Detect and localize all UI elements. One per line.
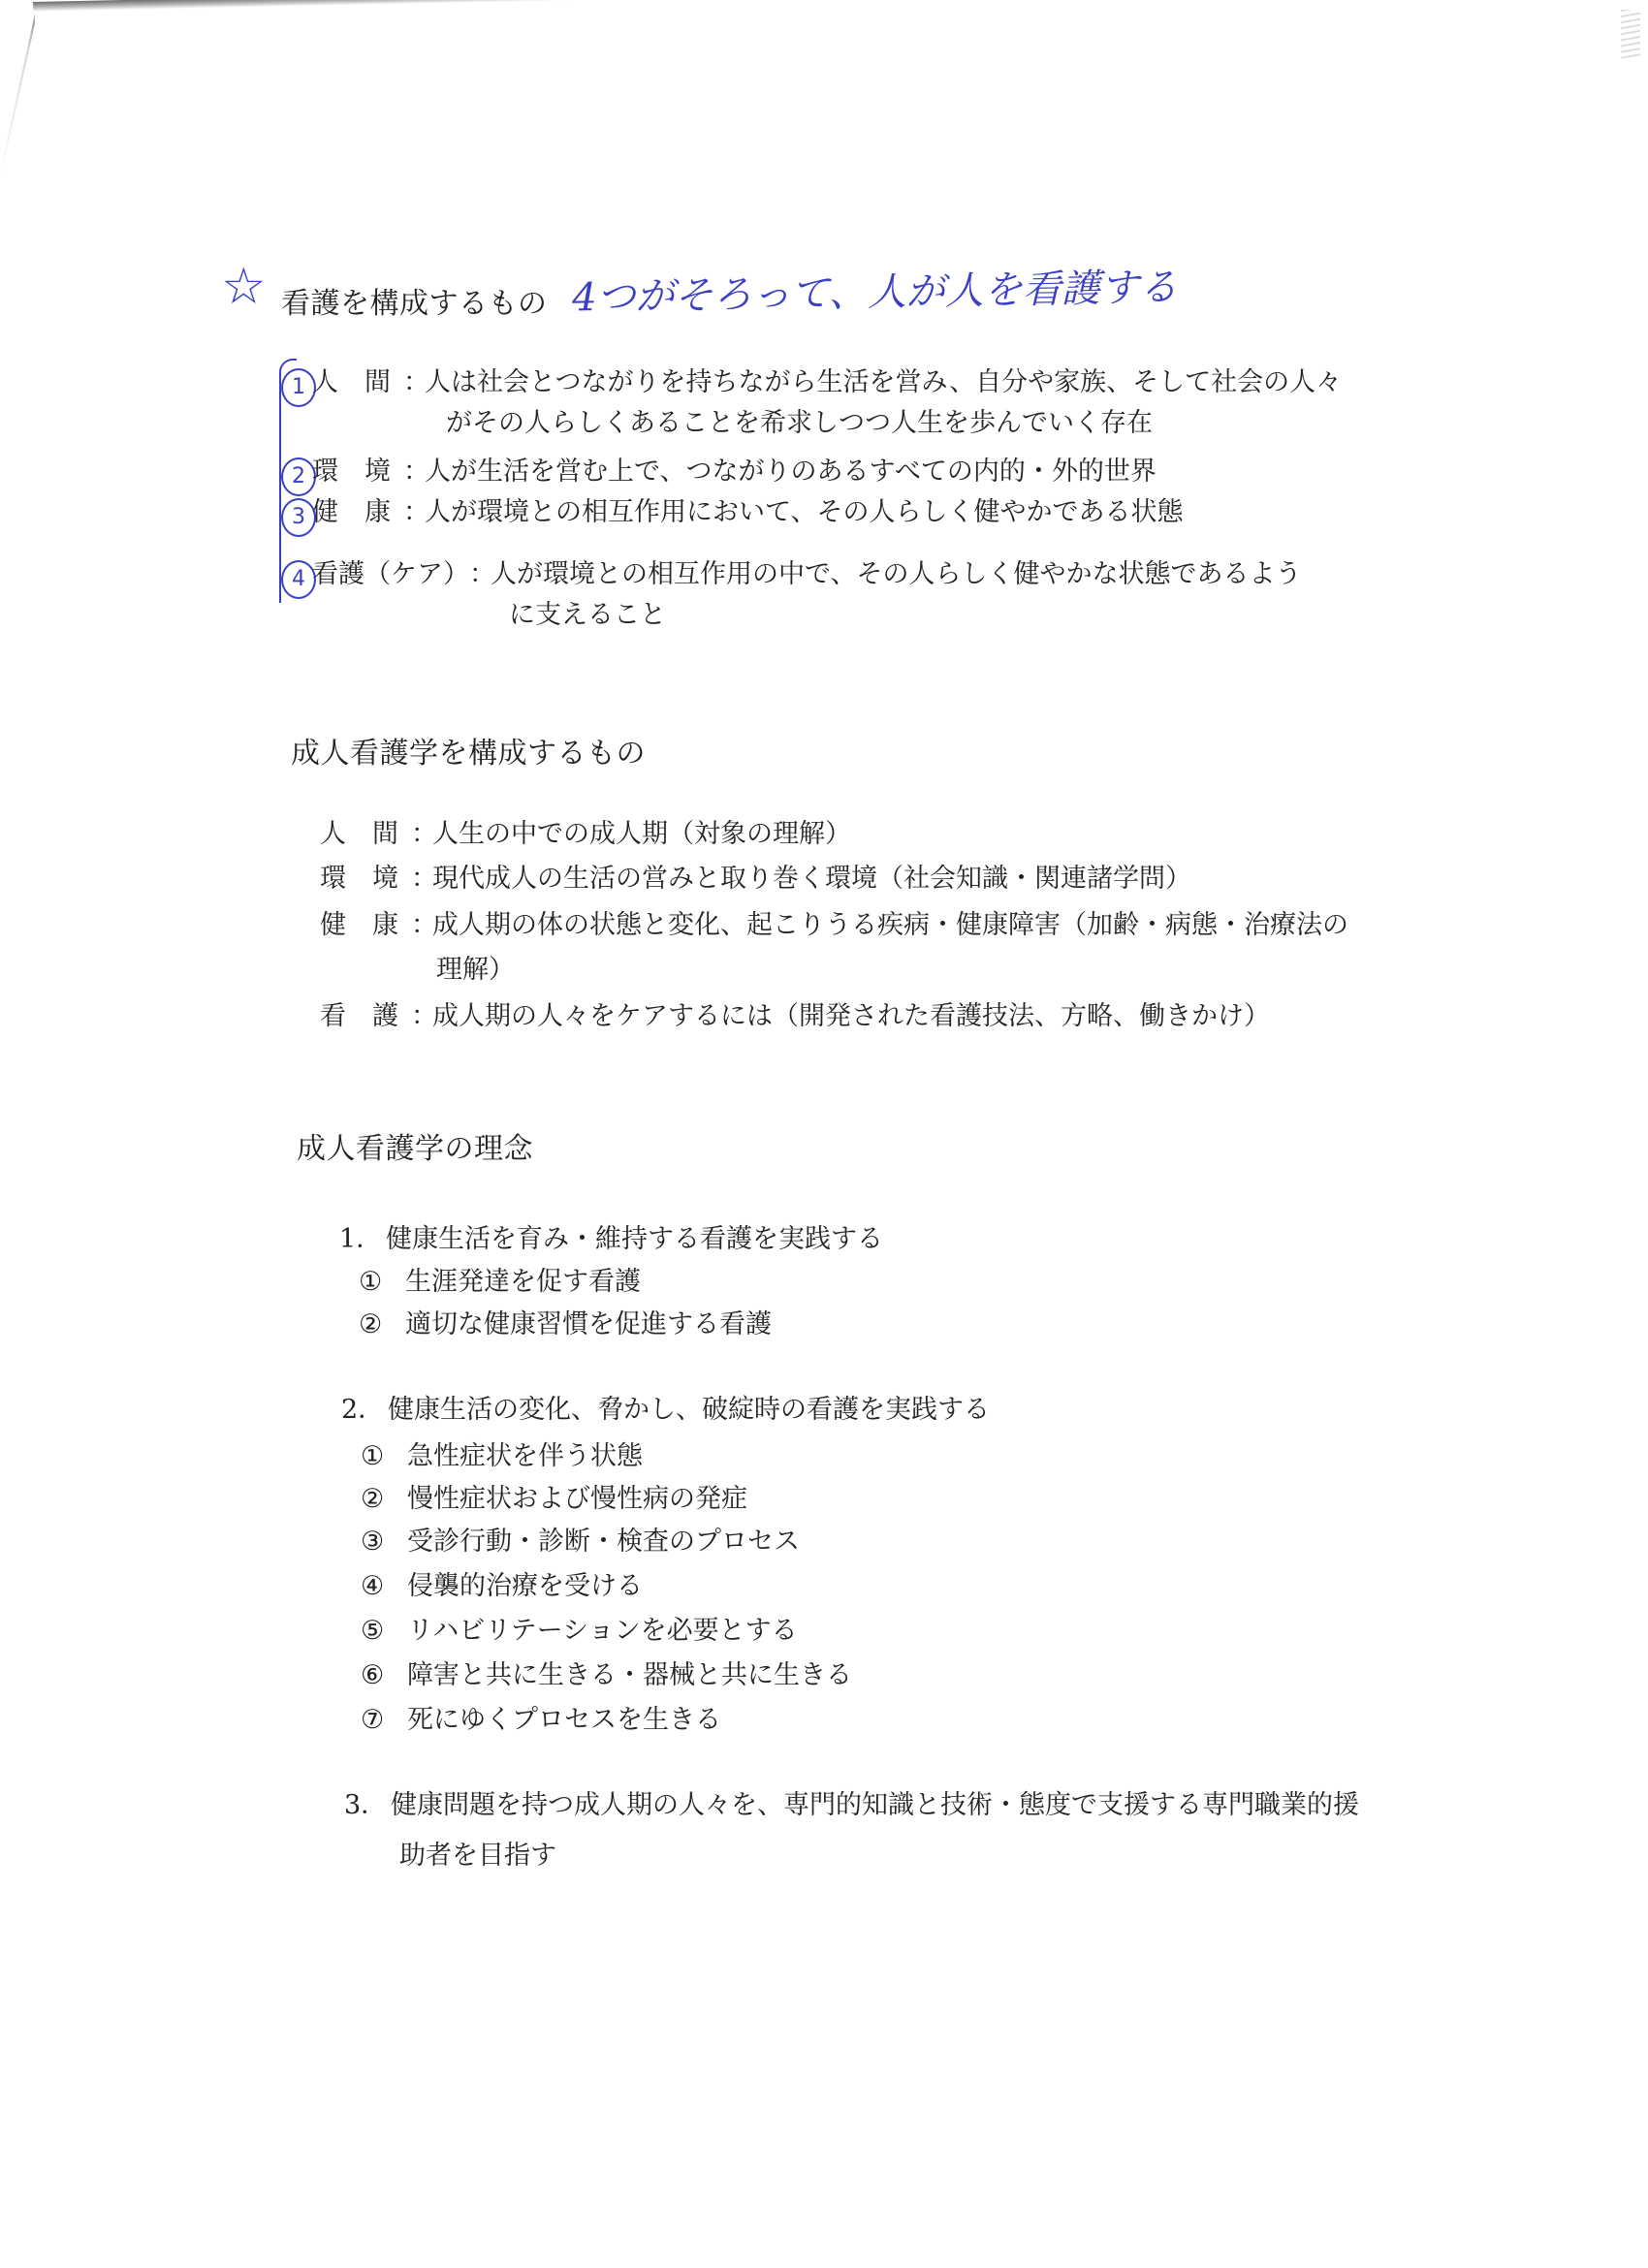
sub-item: ④侵襲的治療を受ける (361, 1564, 643, 1602)
sub-item-text: 生涯発達を促す看護 (405, 1267, 641, 1297)
definition-text: 人生の中での成人期（対象の理解） (432, 819, 851, 849)
definition-term: 人 間 (312, 361, 403, 398)
colon: ： (411, 994, 432, 1032)
definition-row: 健 康：人が環境との相互作用において、その人らしく健やかである状態 (312, 490, 1183, 528)
sub-item: ⑥障害と共に生きる・器械と共に生きる (361, 1654, 852, 1691)
definition-text: 現代成人の生活の営みと取り巻く環境（社会知識・関連諸学問） (432, 864, 1191, 894)
definition-term: 健 康 (312, 490, 403, 528)
principle-number: 3． (344, 1783, 391, 1821)
sub-item: ②慢性症状および慢性病の発症 (361, 1477, 747, 1515)
definition-text: 成人期の人々をケアするには（開発された看護技法、方略、働きかけ） (432, 1001, 1270, 1031)
section-heading: 成人看護学を構成するもの (291, 729, 646, 772)
sub-item-mark: ⑤ (361, 1616, 407, 1646)
definition-text: 人が生活を営む上で、つながりのあるすべての内的・外的世界 (425, 457, 1157, 487)
definition-term: 環 境 (320, 857, 411, 895)
sub-item: ⑤リハビリテーションを必要とする (361, 1609, 798, 1647)
definition-text-continued: がその人らしくあることを希求しつつ人生を歩んでいく存在 (446, 401, 1153, 439)
sub-item-text: 適切な健康習慣を促進する看護 (405, 1309, 772, 1339)
section-heading: 成人看護学の理念 (297, 1124, 533, 1167)
definition-text-continued: 理解） (436, 948, 515, 986)
sub-item-text: 死にゆくプロセスを生きる (407, 1705, 721, 1735)
definition-row: 環 境：現代成人の生活の営みと取り巻く環境（社会知識・関連諸学問） (320, 857, 1191, 895)
handwritten-number-marker: 4 (281, 560, 316, 599)
colon: ： (403, 490, 425, 528)
sub-item: ③受診行動・診断・検査のプロセス (361, 1520, 800, 1558)
sub-item-text: 障害と共に生きる・器械と共に生きる (407, 1660, 852, 1690)
definition-row: 人 間：人生の中での成人期（対象の理解） (320, 812, 851, 850)
colon: ： (411, 857, 432, 895)
definition-term: 人 間 (320, 812, 411, 850)
handwritten-number-marker: 1 (281, 368, 316, 407)
sub-item-mark: ⑥ (361, 1660, 407, 1690)
definition-row: 環 境：人が生活を営む上で、つながりのあるすべての内的・外的世界 (312, 450, 1157, 488)
sub-item: ①急性症状を伴う状態 (361, 1434, 643, 1472)
colon: ： (403, 361, 425, 398)
sub-item-text: リハビリテーションを必要とする (407, 1616, 798, 1646)
sub-item: ②適切な健康習慣を促進する看護 (359, 1303, 772, 1340)
definition-row: 人 間：人は社会とつながりを持ちながら生活を営み、自分や家族、そして社会の人々 (312, 361, 1342, 398)
definition-text: 人が環境との相互作用の中で、その人らしく健やかな状態であるよう (491, 559, 1301, 589)
colon: ： (411, 812, 432, 850)
definition-row: 看護（ケア）：人が環境との相互作用の中で、その人らしく健やかな状態であるよう (312, 552, 1301, 590)
handwritten-star-icon: ☆ (221, 262, 267, 312)
definition-term: 看 護 (320, 994, 411, 1032)
handwritten-number-marker: 2 (281, 457, 316, 496)
principle-text: 健康生活の変化、脅かし、破綻時の看護を実践する (388, 1395, 990, 1425)
colon: ： (469, 552, 491, 590)
scan-page-edge-top (33, 0, 653, 12)
definition-row: 看 護：成人期の人々をケアするには（開発された看護技法、方略、働きかけ） (320, 994, 1270, 1032)
handwritten-number-marker: 3 (281, 498, 316, 537)
definition-text: 成人期の体の状態と変化、起こりうる疾病・健康障害（加齢・病態・治療法の (432, 910, 1348, 940)
handwritten-note: 4つがそろって、人が人を看護する (572, 257, 1179, 323)
sub-item-mark: ③ (361, 1527, 407, 1557)
principle-item: 2．健康生活の変化、脅かし、破綻時の看護を実践する (341, 1388, 990, 1426)
principle-text: 健康生活を育み・維持する看護を実践する (386, 1224, 883, 1254)
definition-term: 健 康 (320, 903, 411, 941)
sub-item-mark: ② (359, 1309, 405, 1339)
sub-item-mark: ⑦ (361, 1705, 407, 1735)
scan-page-edge-left (0, 14, 35, 178)
principle-text-continued: 助者を目指す (399, 1834, 556, 1872)
sub-item-text: 慢性症状および慢性病の発症 (407, 1484, 747, 1514)
colon: ： (411, 903, 432, 941)
definition-text: 人が環境との相互作用において、その人らしく健やかである状態 (425, 497, 1183, 527)
definition-term: 看護（ケア） (312, 552, 469, 590)
definition-term: 環 境 (312, 450, 403, 488)
colon: ： (403, 450, 425, 488)
section-heading: 看護を構成するもの (281, 279, 548, 322)
sub-item: ⑦死にゆくプロセスを生きる (361, 1698, 721, 1736)
definition-row: 健 康：成人期の体の状態と変化、起こりうる疾病・健康障害（加齢・病態・治療法の (320, 903, 1348, 941)
definition-text: 人は社会とつながりを持ちながら生活を営み、自分や家族、そして社会の人々 (425, 367, 1342, 397)
sub-item-text: 侵襲的治療を受ける (407, 1571, 643, 1601)
scan-page-edge-right (1621, 10, 1640, 58)
sub-item-text: 受診行動・診断・検査のプロセス (407, 1527, 800, 1557)
principle-number: 1． (339, 1217, 386, 1255)
sub-item: ①生涯発達を促す看護 (359, 1260, 641, 1298)
sub-item-mark: ① (361, 1441, 407, 1471)
definition-text-continued: に支えること (509, 593, 666, 631)
sub-item-mark: ④ (361, 1571, 407, 1601)
sub-item-mark: ② (361, 1484, 407, 1514)
principle-item: 1．健康生活を育み・維持する看護を実践する (339, 1217, 883, 1255)
principle-text: 健康問題を持つ成人期の人々を、専門的知識と技術・態度で支援する専門職業的援 (391, 1790, 1359, 1820)
principle-number: 2． (341, 1388, 388, 1426)
sub-item-text: 急性症状を伴う状態 (407, 1441, 643, 1471)
principle-item: 3．健康問題を持つ成人期の人々を、専門的知識と技術・態度で支援する専門職業的援 (344, 1783, 1359, 1821)
sub-item-mark: ① (359, 1267, 405, 1297)
